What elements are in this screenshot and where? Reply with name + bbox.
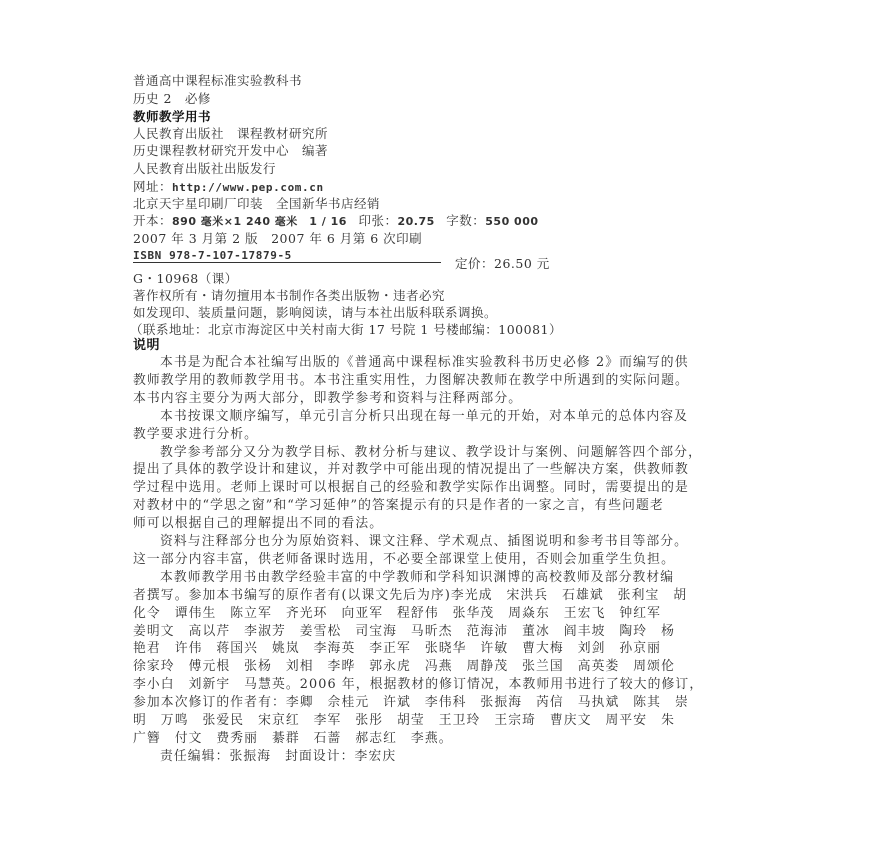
format-line: 开本：890 毫米×1 240 毫米 1 / 16 印张：20.75 字数：55…	[133, 213, 539, 230]
sheets-value: 20.75	[397, 215, 446, 228]
preface-line: 本书内容主要分为两大部分，即教学参考和资料与注释两部分。	[133, 391, 813, 407]
preface-line: 化令 谭伟生 陈立军 齐光环 向亚军 程舒伟 张华茂 周焱东 王宏飞 钟红军	[133, 606, 813, 622]
series-title: 普通高中课程标准实验教科书	[133, 73, 302, 89]
preface-line: 本书是为配合本社编写出版的《普通高中课程标准实验教科书历史必修 2》而编写的供	[160, 355, 840, 371]
edition-info: 2007 年 3 月第 2 版 2007 年 6 月第 6 次印刷	[133, 231, 422, 247]
preface-line: 艳君 许伟 蒋国兴 姚岚 李海英 李正军 张晓华 许敏 曹大梅 刘剑 孙京丽	[133, 641, 813, 657]
price: 定价：26.50 元	[455, 254, 550, 272]
copyright-notice: 著作权所有・请勿擅用本书制作各类出版物・违者必究	[133, 288, 445, 304]
preface-line: 明 万鸣 张爱民 宋京红 李军 张彤 胡莹 王卫玲 王宗琦 曹庆文 周平安 朱	[133, 713, 813, 729]
preface-line: 责任编辑：张振海 封面设计：李宏庆	[160, 749, 840, 765]
preface-line: 师可以根据自己的理解提出不同的看法。	[133, 516, 813, 532]
contact-address: （联系地址：北京市海淀区中关村南大街 17 号院 1 号楼邮编：100081）	[130, 322, 562, 338]
words-label: 字数：	[446, 213, 485, 228]
publisher-department: 人民教育出版社 课程教材研究所	[133, 126, 328, 142]
preface-line: 提出了具体的教学设计和建议，并对教学中可能出现的情况提出了一些解决方案，供教师教	[133, 462, 813, 478]
preface-line: 这一部分内容丰富，供老师备课时选用，不必要全部课堂上使用，否则会加重学生负担。	[133, 552, 813, 568]
website-link[interactable]: http://www.pep.com.cn	[172, 181, 324, 194]
book-type-title: 教师教学用书	[133, 109, 211, 125]
editor-credit: 历史课程教材研究开发中心 编著	[133, 143, 328, 159]
website-label: 网址：	[133, 179, 172, 194]
preface-line: 资料与注释部分也分为原始资料、课文注释、学术观点、插图说明和参考书目等部分。	[160, 534, 840, 550]
words-value: 550 000	[485, 215, 538, 228]
preface-line: 本教师教学用书由教学经验丰富的中学教师和学科知识渊博的高校教师及部分教材编	[160, 570, 840, 586]
preface-line: 本书按课文顺序编写，单元引言分析只出现在每一单元的开始，对本单元的总体内容及	[160, 409, 840, 425]
preface-line: 教师教学用的教师教学用书。本书注重实用性，力图解决教师在教学中所遇到的实际问题。	[133, 373, 813, 389]
preface-line: 者撰写。参加本书编写的原作者有(以课文先后为序)李光成 宋洪兵 石雄斌 张利宝 …	[133, 588, 813, 604]
preface-line: 学过程中选用。老师上课时可以根据自己的经验和教学实际作出调整。同时，需要提出的是	[133, 480, 813, 496]
format-label: 开本：	[133, 213, 172, 228]
preface-line: 广簪 付文 费秀丽 綦群 石蔷 郝志红 李燕。	[133, 731, 813, 747]
distributor: 人民教育出版社出版发行	[133, 161, 276, 177]
website-line: 网址：http://www.pep.com.cn	[133, 179, 324, 196]
preface-line: 对教材中的“学思之窗”和“学习延伸”的答案提示有的只是作者的一家之言，有些问题老	[133, 498, 813, 514]
preface-line: 参加本次修订的作者有：李卿 佘桂元 许斌 李伟科 张振海 芮信 马执斌 陈其 崇	[133, 695, 813, 711]
sheets-label: 印张：	[358, 213, 397, 228]
book-copyright-page: 普通高中课程标准实验教科书 历史 2 必修 教师教学用书 人民教育出版社 课程教…	[0, 0, 870, 842]
catalog-number: G・10968（课）	[133, 271, 238, 287]
preface-line: 教学参考部分又分为教学目标、教材分析与建议、教学设计与案例、问题解答四个部分，	[160, 445, 840, 461]
quality-notice: 如发现印、装质量问题，影响阅读，请与本社出版科联系调换。	[133, 305, 497, 321]
preface-heading: 说明	[133, 338, 160, 354]
divider-rule	[133, 262, 441, 263]
printer-info: 北京天宇星印刷厂印装 全国新华书店经销	[133, 196, 380, 212]
preface-line: 教学要求进行分析。	[133, 427, 813, 443]
format-value: 890 毫米×1 240 毫米 1 / 16	[172, 215, 358, 228]
preface-line: 徐家玲 傅元根 张杨 刘相 李晔 郭永虎 冯燕 周静茂 张兰国 高英娄 周颂伦	[133, 659, 813, 675]
preface-line: 李小白 刘新宇 马慧英。2006 年，根据教材的修订情况，本教师用书进行了较大的…	[133, 677, 813, 693]
preface-line: 姜明文 高以芹 李淑芳 姜雪松 司宝海 马昕杰 范海沛 董冰 阎丰坡 陶玲 杨	[133, 624, 813, 640]
volume-label: 历史 2 必修	[133, 91, 211, 107]
